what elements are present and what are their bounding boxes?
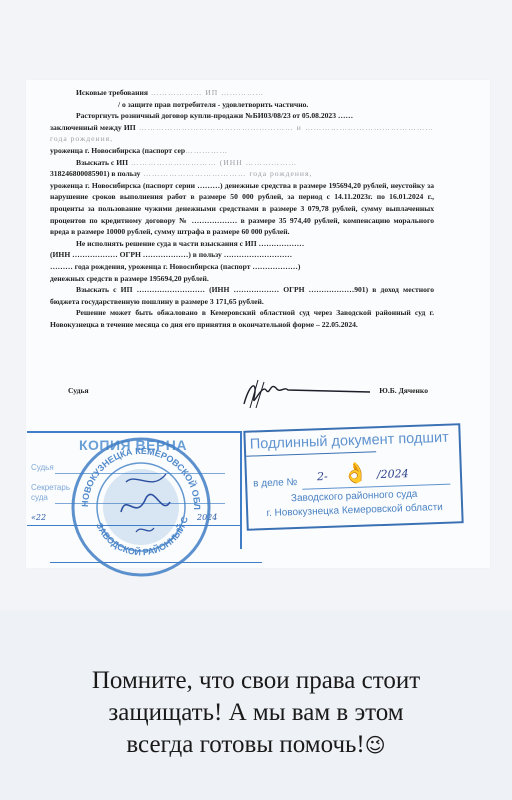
stamp-secretary-label: Секретарь	[31, 483, 70, 492]
ok-hand-emoji-icon: 👌	[342, 461, 368, 487]
wink-emoji-icon: 😉	[365, 733, 386, 757]
redacted-text: ……………… ИП ……………	[148, 88, 264, 97]
decision-paragraph: Решение может быть обжаловано в Кемеровс…	[50, 307, 434, 330]
decision-paragraph: ……… года рождения, уроженца г. Новосибир…	[50, 261, 434, 273]
decision-paragraph: уроженца г. Новосибирска (паспорт серии …	[50, 180, 434, 238]
decision-paragraph: Взыскать с ИП ………………………… (ИНН ………………	[50, 157, 434, 169]
original-filed-heading: Подлинный документ подшит	[250, 430, 449, 453]
redacted-text: ………………………… (ИНН ………………	[128, 158, 297, 167]
decision-paragraph: Расторгнуть розничный договор купли-прод…	[50, 110, 434, 122]
story-caption: Помните, что свои права стоит защищать! …	[0, 665, 512, 761]
judge-name: Ю.Б. Дяченко	[379, 386, 428, 395]
signature-scribble-icon	[240, 374, 380, 414]
judge-label: Судья	[68, 386, 89, 395]
decision-paragraph: Не исполнять решение суда в части взыска…	[50, 238, 434, 250]
decision-paragraph: (ИНН ……………… ОГРН ………………) в пользу …………………	[50, 249, 434, 261]
stamp-date-day: «22	[31, 513, 46, 522]
caption-line-2: защищать! А мы вам в этом	[0, 697, 512, 729]
case-label: в деле №	[253, 477, 297, 490]
stamp-judge-label: Судья	[31, 463, 54, 472]
court-seal-icon: НОВОКУЗНЕЦКА КЕМЕРОВСКОЙ ОБЛАСТИ ЗАВОДСК…	[66, 432, 216, 582]
case-number: 2-	[317, 470, 328, 483]
redacted-text: ……………	[185, 146, 228, 155]
redacted-text: ……………………………… года рождения,	[140, 169, 312, 178]
decision-paragraph: денежных средств в размере 195694,20 руб…	[50, 273, 434, 285]
decision-text: Исковые требования ……………… ИП ……………/ о за…	[50, 87, 434, 330]
caption-line-3: всегда готовы помочь!😉	[0, 729, 512, 761]
original-filed-stamp: Подлинный документ подшит в деле № 2- 👌 …	[243, 423, 463, 531]
decision-paragraph: Исковые требования ……………… ИП ……………	[50, 87, 434, 99]
signature-row: Судья Ю.Б. Дяченко	[68, 378, 428, 412]
document-photo: Исковые требования ……………… ИП ……………/ о за…	[0, 0, 512, 610]
stamp-court-label: суда	[31, 493, 48, 502]
decision-paragraph: Взыскать с ИП ……………………… (ИНН ……………… ОГРН…	[50, 284, 434, 307]
decision-paragraph: / о защите прав потребителя - удовлетвор…	[50, 99, 434, 111]
decision-paragraph: 318246800085901) в пользу ……………………………… г…	[50, 168, 434, 180]
decision-paragraph: заключенный между ИП ……………………………………………… …	[50, 122, 434, 145]
decision-paragraph: уроженца г. Новосибирска (паспорт сер…………	[50, 145, 434, 157]
caption-line-1: Помните, что свои права стоит	[0, 665, 512, 697]
case-year: /2024	[377, 467, 409, 481]
